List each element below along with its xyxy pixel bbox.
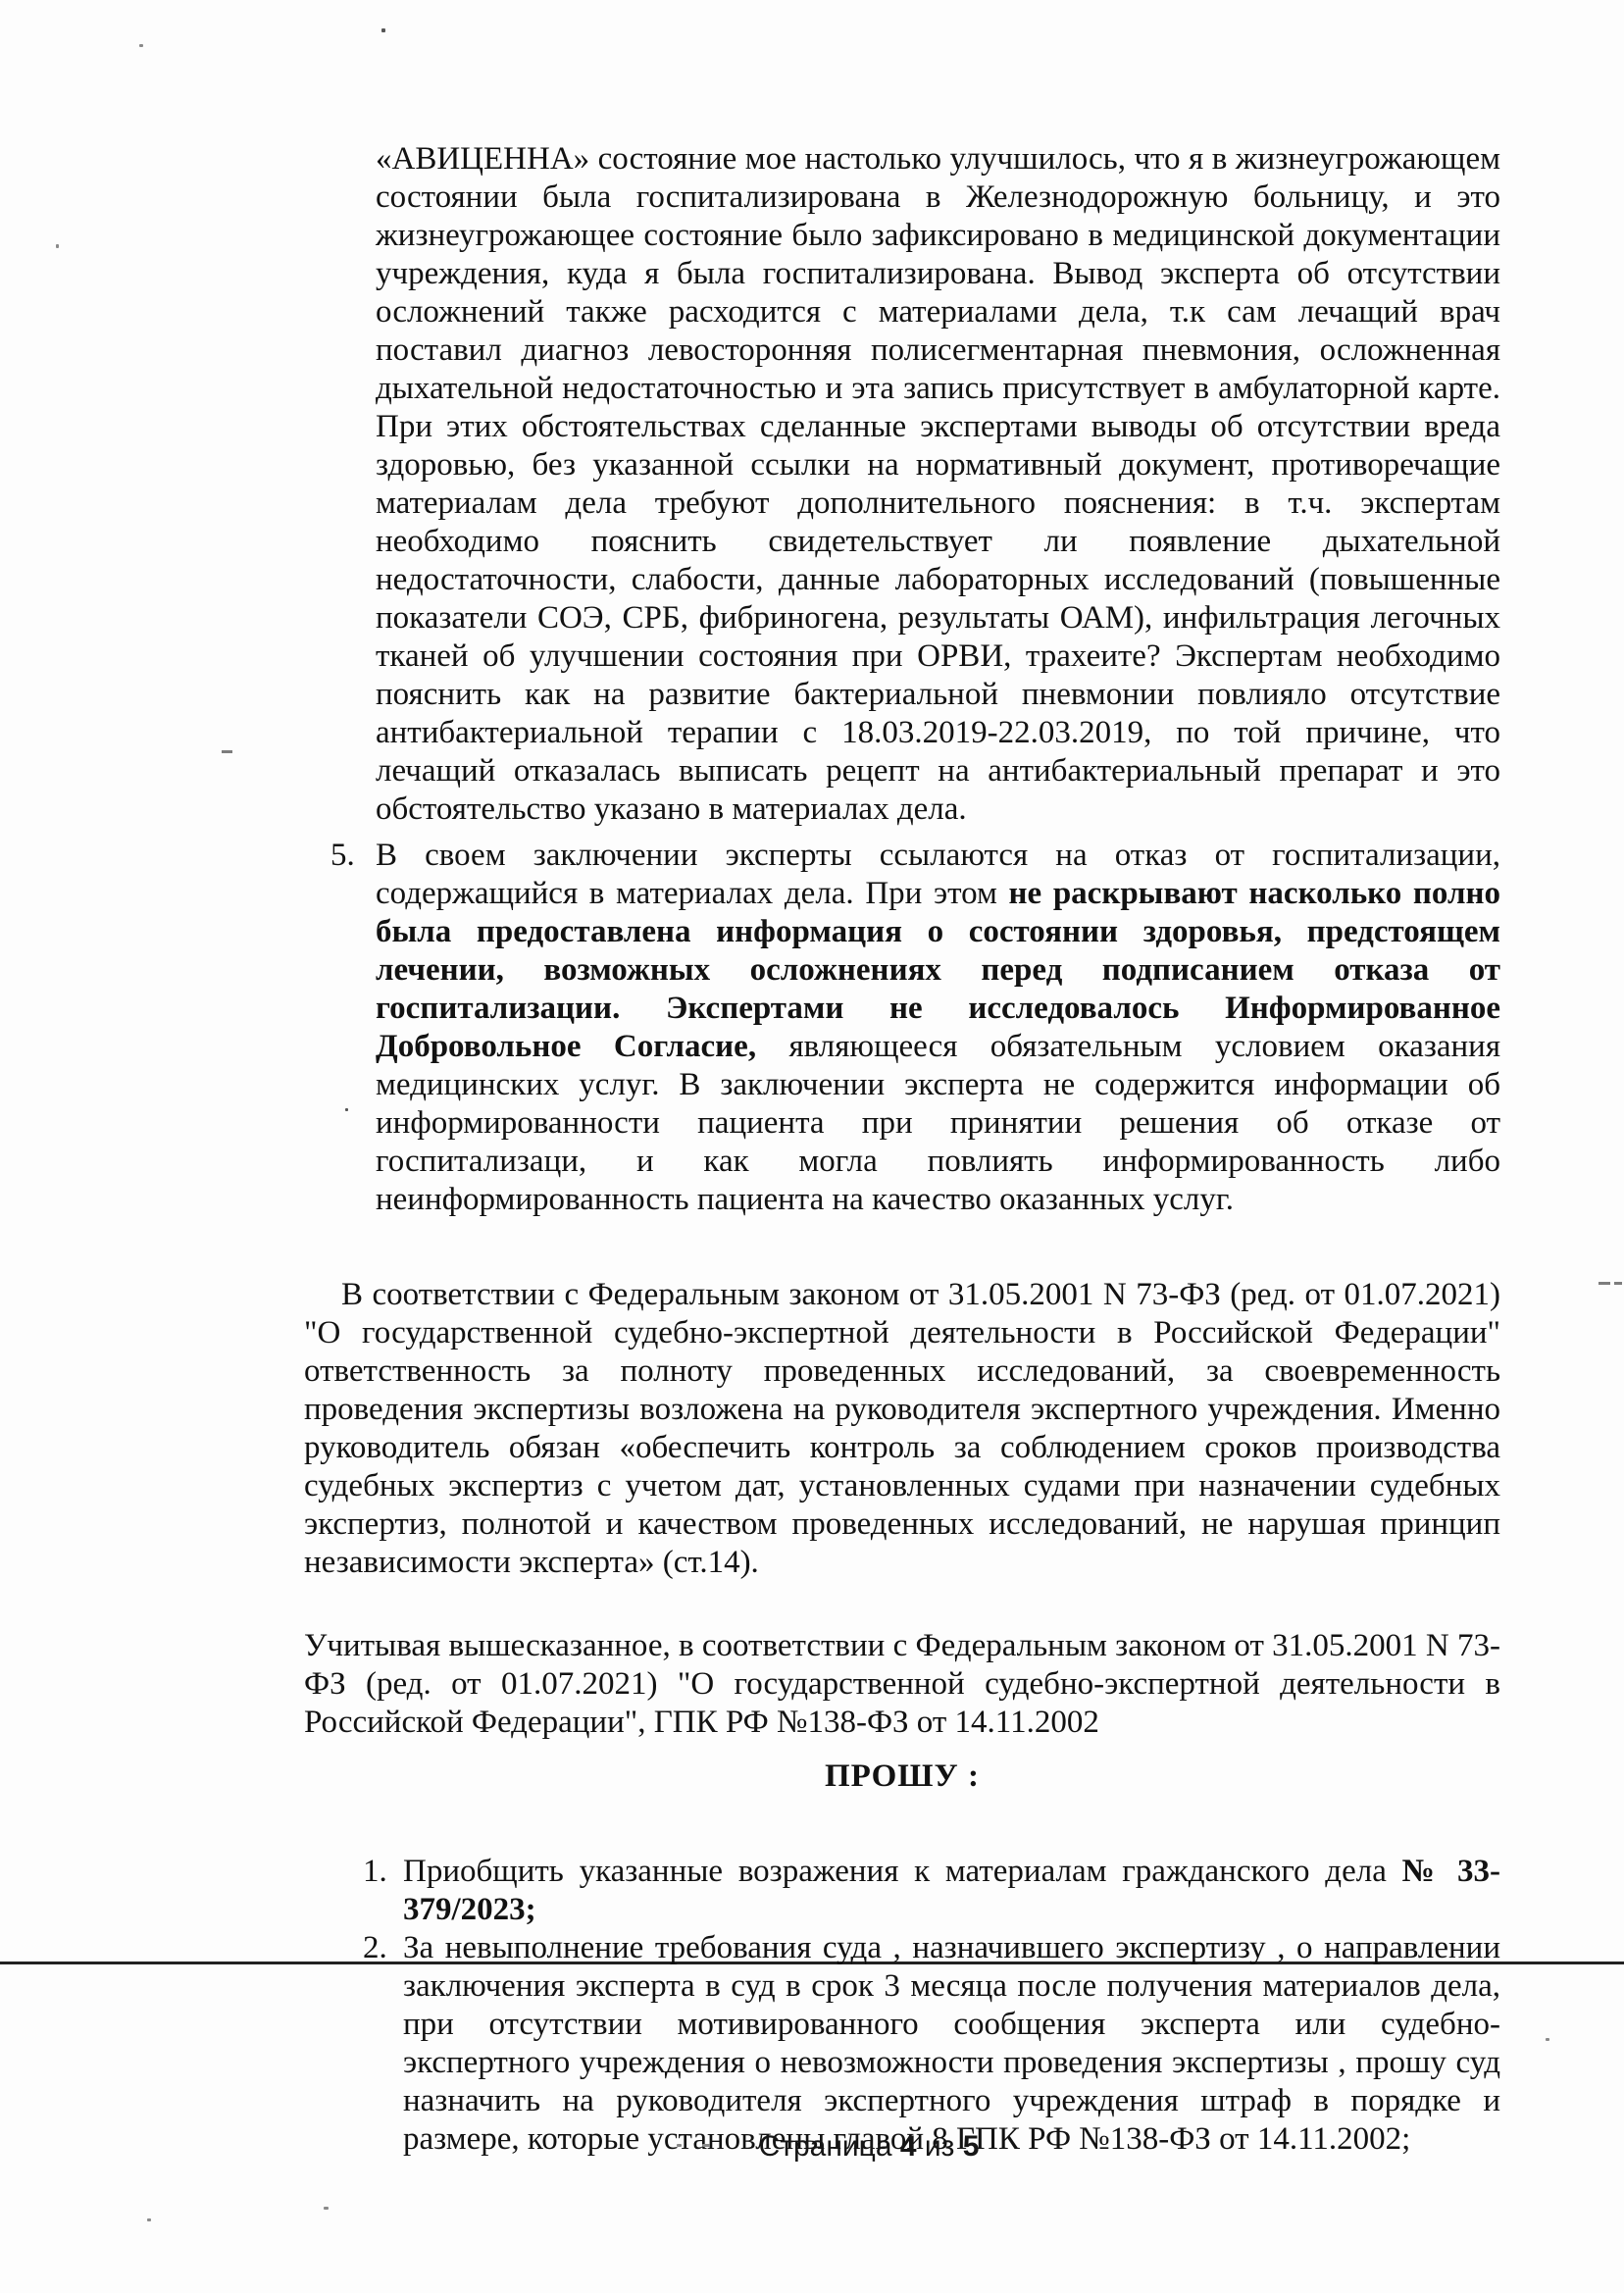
scan-speck [1546,2038,1549,2041]
scanned-document-page: { "document": { "continuation_paragraph"… [0,0,1624,2293]
text-segment: Приобщить указанные возражения к материа… [403,1854,1402,1889]
scan-speck [147,2218,151,2221]
item4-continuation-paragraph: «АВИЦЕННА» состояние мое настолько улучш… [376,140,1500,829]
request-heading: ПРОШУ : [304,1758,1500,1796]
scan-speck [345,1108,348,1111]
text-segment: Страница [759,2130,900,2163]
text-segment: Учитывая вышесказанное, в соответствии с… [304,1628,1500,1740]
conclusion-paragraph: Учитывая вышесказанное, в соответствии с… [304,1627,1500,1742]
requests-list: 1. Приобщить указанные возражения к мате… [304,1853,1500,2159]
scan-dash-artifact [1599,1282,1610,1285]
request-item-2: 2. За невыполнение требования суда , наз… [403,1929,1500,2159]
text-segment: из [917,2130,963,2163]
scan-pen-line-artifact [0,1962,1624,1964]
item-number: 5. [330,837,355,875]
scan-speck [677,2144,682,2147]
numbered-item-5: 5. В своем заключении эксперты ссылаются… [376,837,1500,1219]
law-reference-paragraph: В соответствии с Федеральным законом от … [304,1276,1500,1582]
scan-speck [702,2144,710,2147]
document-text-block: «АВИЦЕННА» состояние мое настолько улучш… [304,140,1500,2159]
scan-speck [139,44,143,47]
item5-paragraph: В своем заключении эксперты ссылаются на… [376,837,1500,1219]
request-item-1: 1. Приобщить указанные возражения к мате… [403,1853,1500,1929]
text-segment: В соответствии с Федеральным законом от … [304,1277,1500,1580]
page-footer: Страница 4 из 5 [271,2130,1467,2164]
scan-speck [381,28,385,32]
text-segment: 5 [963,2130,980,2163]
request1-paragraph: Приобщить указанные возражения к материа… [403,1853,1500,1929]
item-number: 1. [363,1853,387,1891]
scan-dash-artifact [222,750,232,753]
scan-speck [56,244,59,248]
text-segment: 4 [900,2130,917,2163]
scan-speck [324,2207,329,2210]
text-segment: «АВИЦЕННА» состояние мое настолько улучш… [376,141,1500,827]
scan-dash-artifact [1614,1282,1622,1285]
